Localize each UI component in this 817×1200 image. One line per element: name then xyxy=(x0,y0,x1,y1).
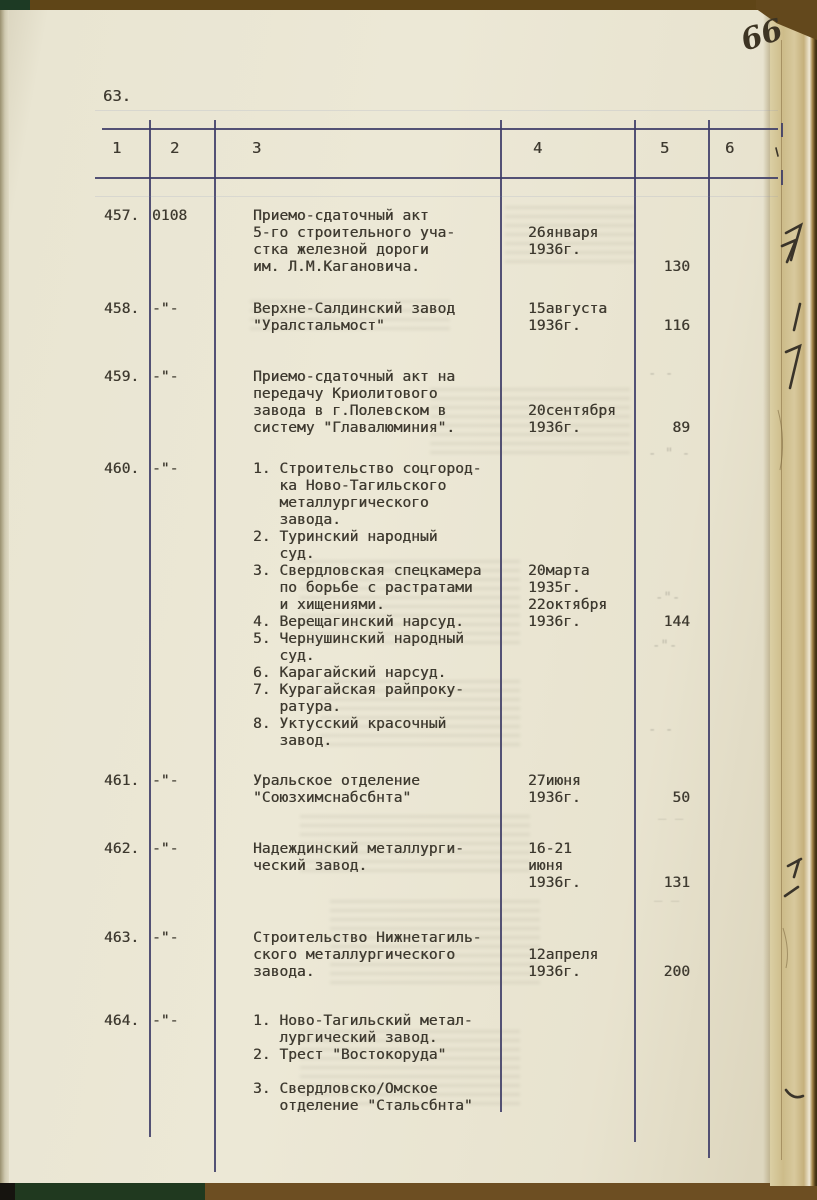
pen-marks-on-page-edges xyxy=(0,0,817,1200)
scanned-archival-page: { "page": { "typed_page_number": "63.", … xyxy=(0,0,817,1200)
